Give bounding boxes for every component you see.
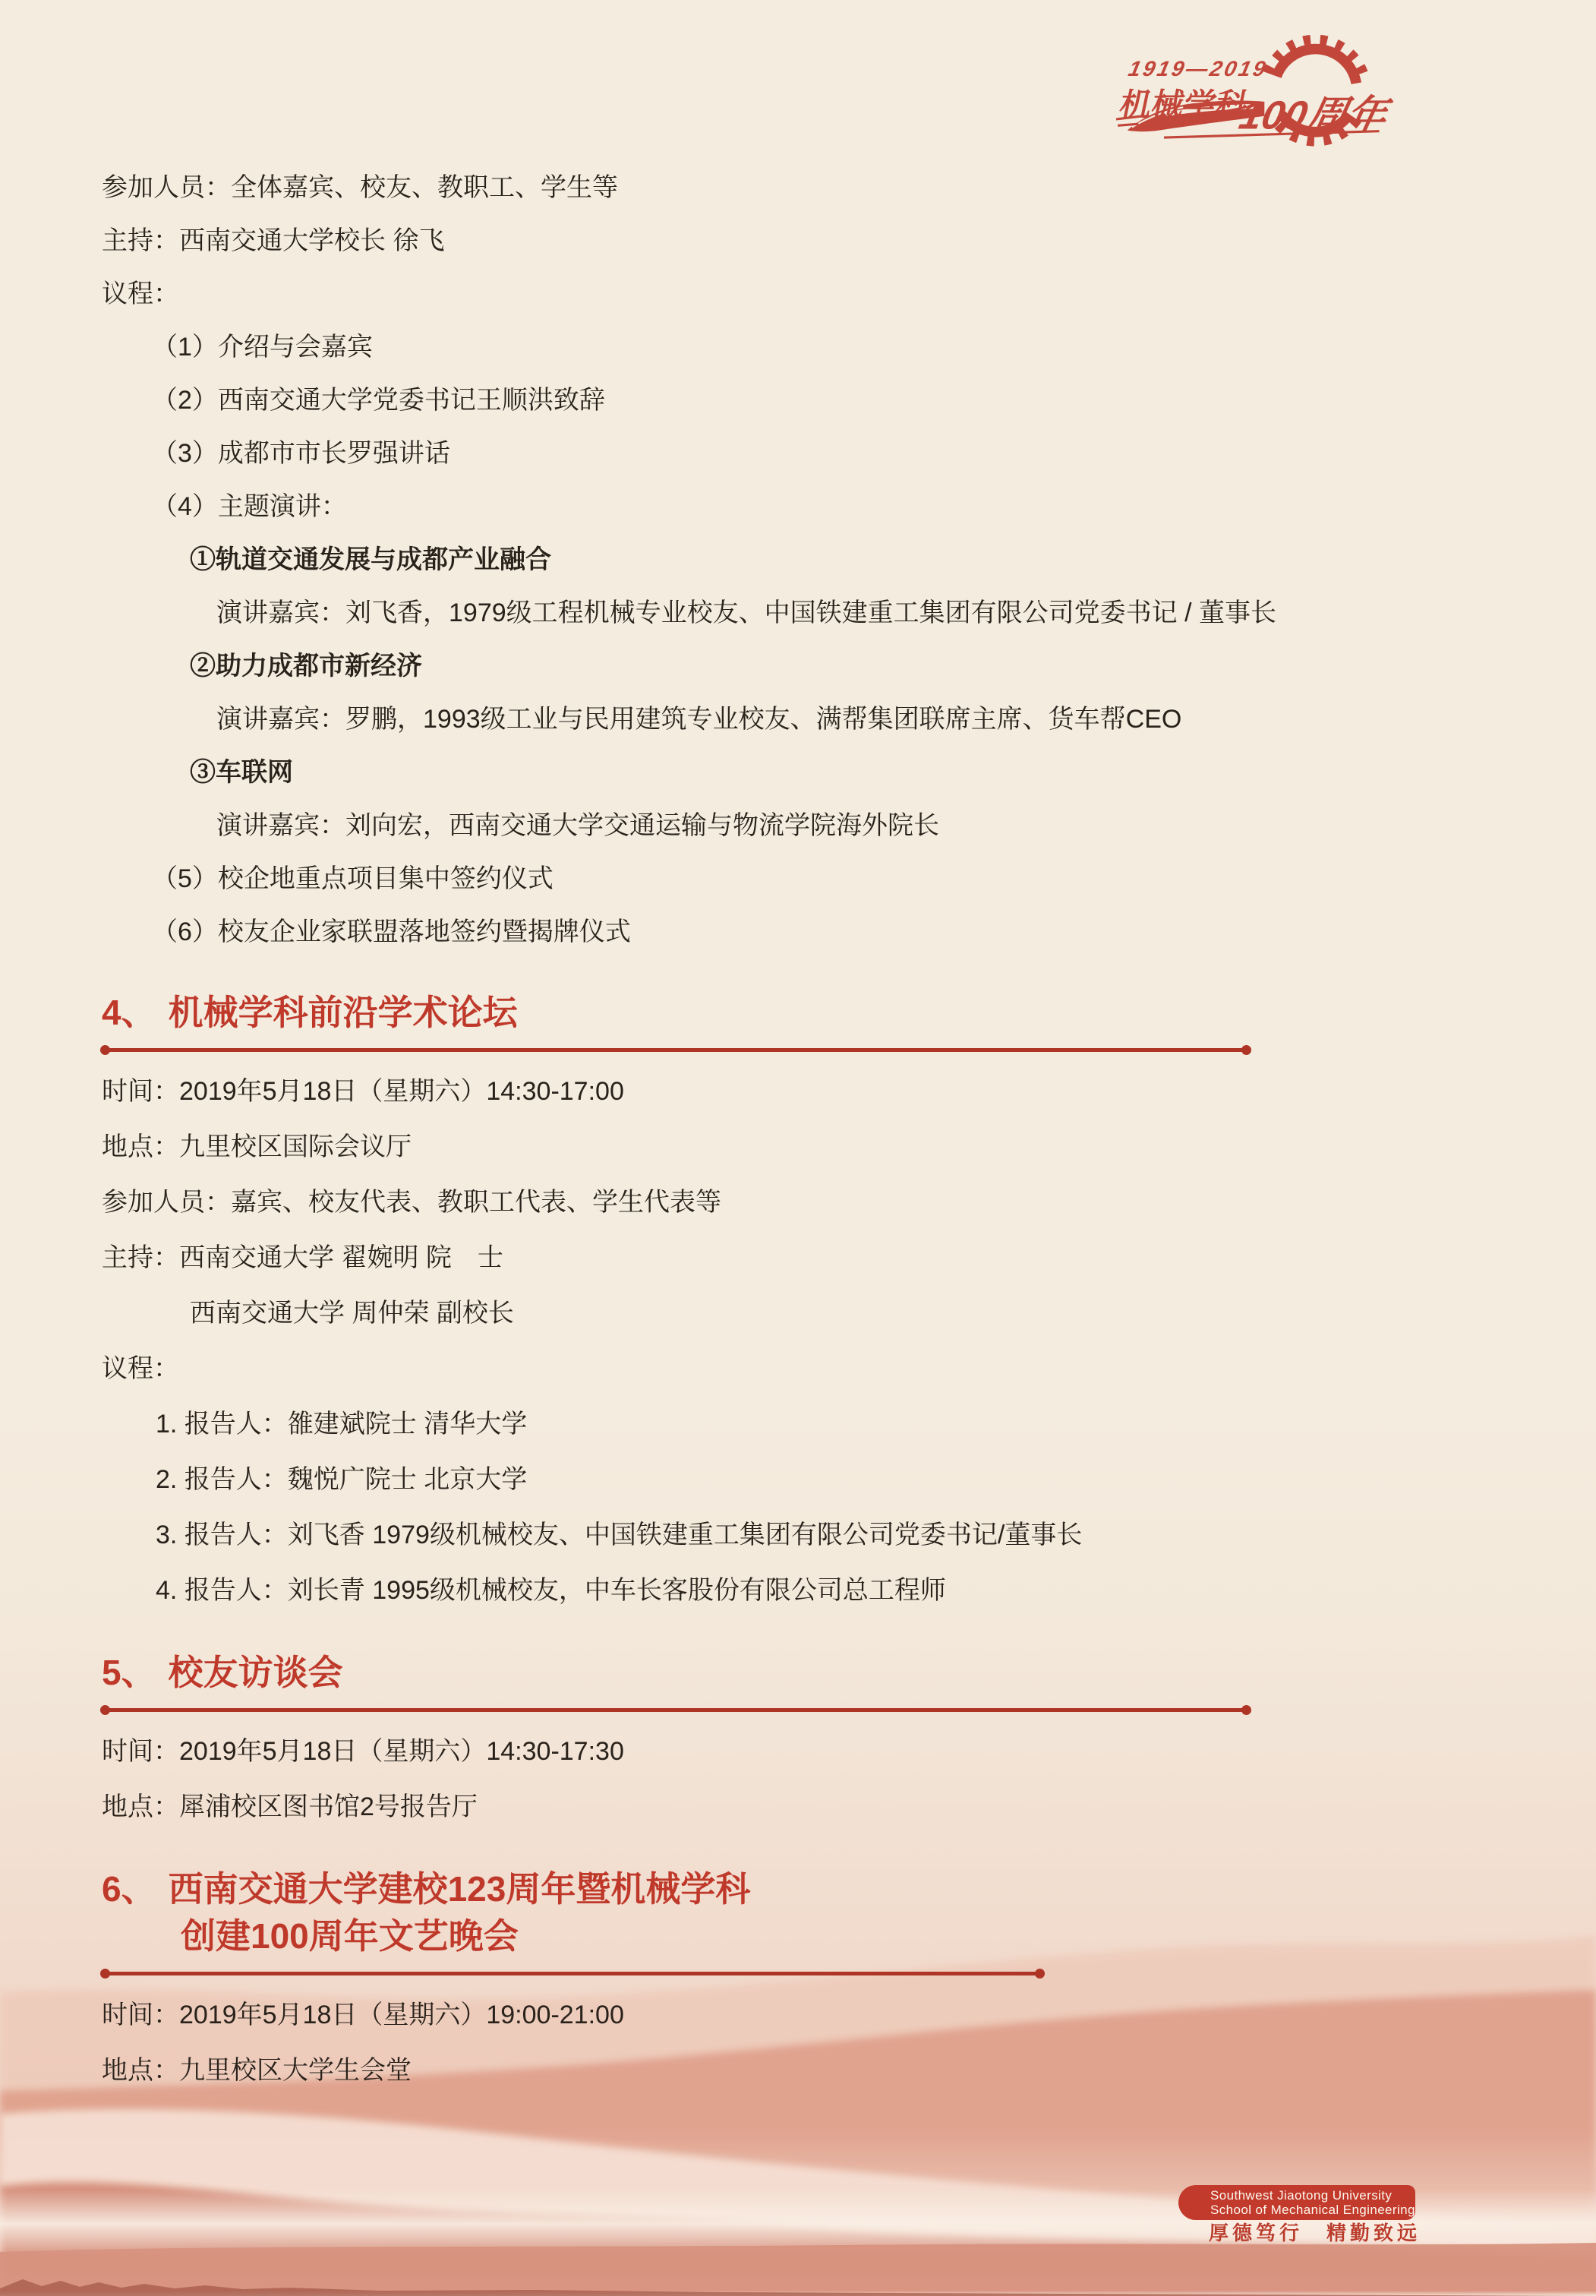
agenda-item-6: （6）校友企业家联盟落地签约暨揭牌仪式 bbox=[102, 905, 1468, 959]
section-4-report-1: 1. 报告人：雒建斌院士 清华大学 bbox=[102, 1397, 1468, 1452]
section-6-divider bbox=[102, 1972, 1043, 1975]
section-4-host-1: 主持：西南交通大学 翟婉明 院 士 bbox=[102, 1230, 1468, 1286]
section-6-time: 时间：2019年5月18日（星期六）19:00-21:00 bbox=[102, 1988, 1468, 2043]
section-4-agenda-label: 议程： bbox=[102, 1341, 1468, 1397]
section-4-number: 4、 bbox=[102, 993, 156, 1032]
section-4-participants: 参加人员：嘉宾、校友代表、教职工代表、学生代表等 bbox=[102, 1175, 1468, 1230]
school-badge: Southwest Jiaotong University School of … bbox=[1178, 2185, 1415, 2220]
speech-1-speaker: 演讲嘉宾：刘飞香，1979级工程机械专业校友、中国铁建重工集团有限公司党委书记 … bbox=[102, 586, 1468, 640]
speech-3-speaker: 演讲嘉宾：刘向宏，西南交通大学交通运输与物流学院海外院长 bbox=[102, 799, 1468, 852]
agenda-item-1: （1）介绍与会嘉宾 bbox=[102, 321, 1468, 374]
section-4-report-2: 2. 报告人：魏悦广院士 北京大学 bbox=[102, 1452, 1468, 1508]
school-name-en: School of Mechanical Engineering bbox=[1210, 2203, 1415, 2217]
speech-2-title: ②助力成都市新经济 bbox=[102, 640, 1468, 693]
section-5-number: 5、 bbox=[102, 1653, 156, 1692]
section-6-heading: 6、西南交通大学建校123周年暨机械学科创建100周年文艺晚会 bbox=[102, 1865, 1468, 1960]
section-4-time: 时间：2019年5月18日（星期六）14:30-17:00 bbox=[102, 1064, 1468, 1120]
program-content: 参加人员：全体嘉宾、校友、教职工、学生等 主持：西南交通大学校长 徐飞 议程： … bbox=[102, 161, 1468, 2099]
section-6-title-line-2: 创建100周年文艺晚会 bbox=[102, 1912, 1468, 1960]
section-6-venue: 地点：九里校区大学生会堂 bbox=[102, 2043, 1468, 2099]
section-4-divider bbox=[102, 1048, 1250, 1052]
anniversary-logo: 1919—2019 机械学科 100周年 bbox=[1116, 27, 1435, 166]
section-5-time: 时间：2019年5月18日（星期六）14:30-17:30 bbox=[102, 1724, 1468, 1780]
school-motto: 厚德笃行 精勤致远 bbox=[1209, 2218, 1421, 2246]
speech-1-title: ①轨道交通发展与成都产业融合 bbox=[102, 533, 1468, 586]
university-name-en: Southwest Jiaotong University bbox=[1210, 2188, 1415, 2203]
program-page: 1919—2019 机械学科 100周年 bbox=[0, 0, 1596, 2296]
section-5-title: 校友访谈会 bbox=[169, 1653, 343, 1692]
section-4-host-2: 西南交通大学 周仲荣 副校长 bbox=[102, 1286, 1468, 1341]
host-line: 主持：西南交通大学校长 徐飞 bbox=[102, 214, 1468, 267]
agenda-item-4: （4）主题演讲： bbox=[102, 480, 1468, 533]
section-6-number: 6、 bbox=[102, 1869, 156, 1909]
section-5-venue: 地点：犀浦校区图书馆2号报告厅 bbox=[102, 1780, 1468, 1835]
section-6-title-line-1: 西南交通大学建校123周年暨机械学科 bbox=[169, 1869, 751, 1909]
logo-title-num: 100周年 bbox=[1235, 93, 1396, 137]
section-5-heading: 5、校友访谈会 bbox=[102, 1649, 1468, 1696]
section-4-venue: 地点：九里校区国际会议厅 bbox=[102, 1120, 1468, 1175]
section-4-report-3: 3. 报告人：刘飞香 1979级机械校友、中国铁建重工集团有限公司党委书记/董事… bbox=[102, 1508, 1468, 1563]
section-4-report-4: 4. 报告人：刘长青 1995级机械校友，中车长客股份有限公司总工程师 bbox=[102, 1563, 1468, 1619]
speech-2-speaker: 演讲嘉宾：罗鹏，1993级工业与民用建筑专业校友、满帮集团联席主席、货车帮CEO bbox=[102, 693, 1468, 746]
logo-title-cn: 机械学科 bbox=[1116, 87, 1251, 122]
agenda-item-2: （2）西南交通大学党委书记王顺洪致辞 bbox=[102, 374, 1468, 427]
agenda-label: 议程： bbox=[102, 267, 1468, 321]
logo-years: 1919—2019 bbox=[1126, 58, 1270, 82]
section-4-heading: 4、机械学科前沿学术论坛 bbox=[102, 989, 1468, 1036]
participants-line: 参加人员：全体嘉宾、校友、教职工、学生等 bbox=[102, 161, 1468, 214]
speech-3-title: ③车联网 bbox=[102, 746, 1468, 799]
agenda-item-3: （3）成都市市长罗强讲话 bbox=[102, 427, 1468, 480]
section-5-divider bbox=[102, 1708, 1250, 1712]
agenda-item-5: （5）校企地重点项目集中签约仪式 bbox=[102, 852, 1468, 905]
section-4-title: 机械学科前沿学术论坛 bbox=[169, 993, 518, 1032]
